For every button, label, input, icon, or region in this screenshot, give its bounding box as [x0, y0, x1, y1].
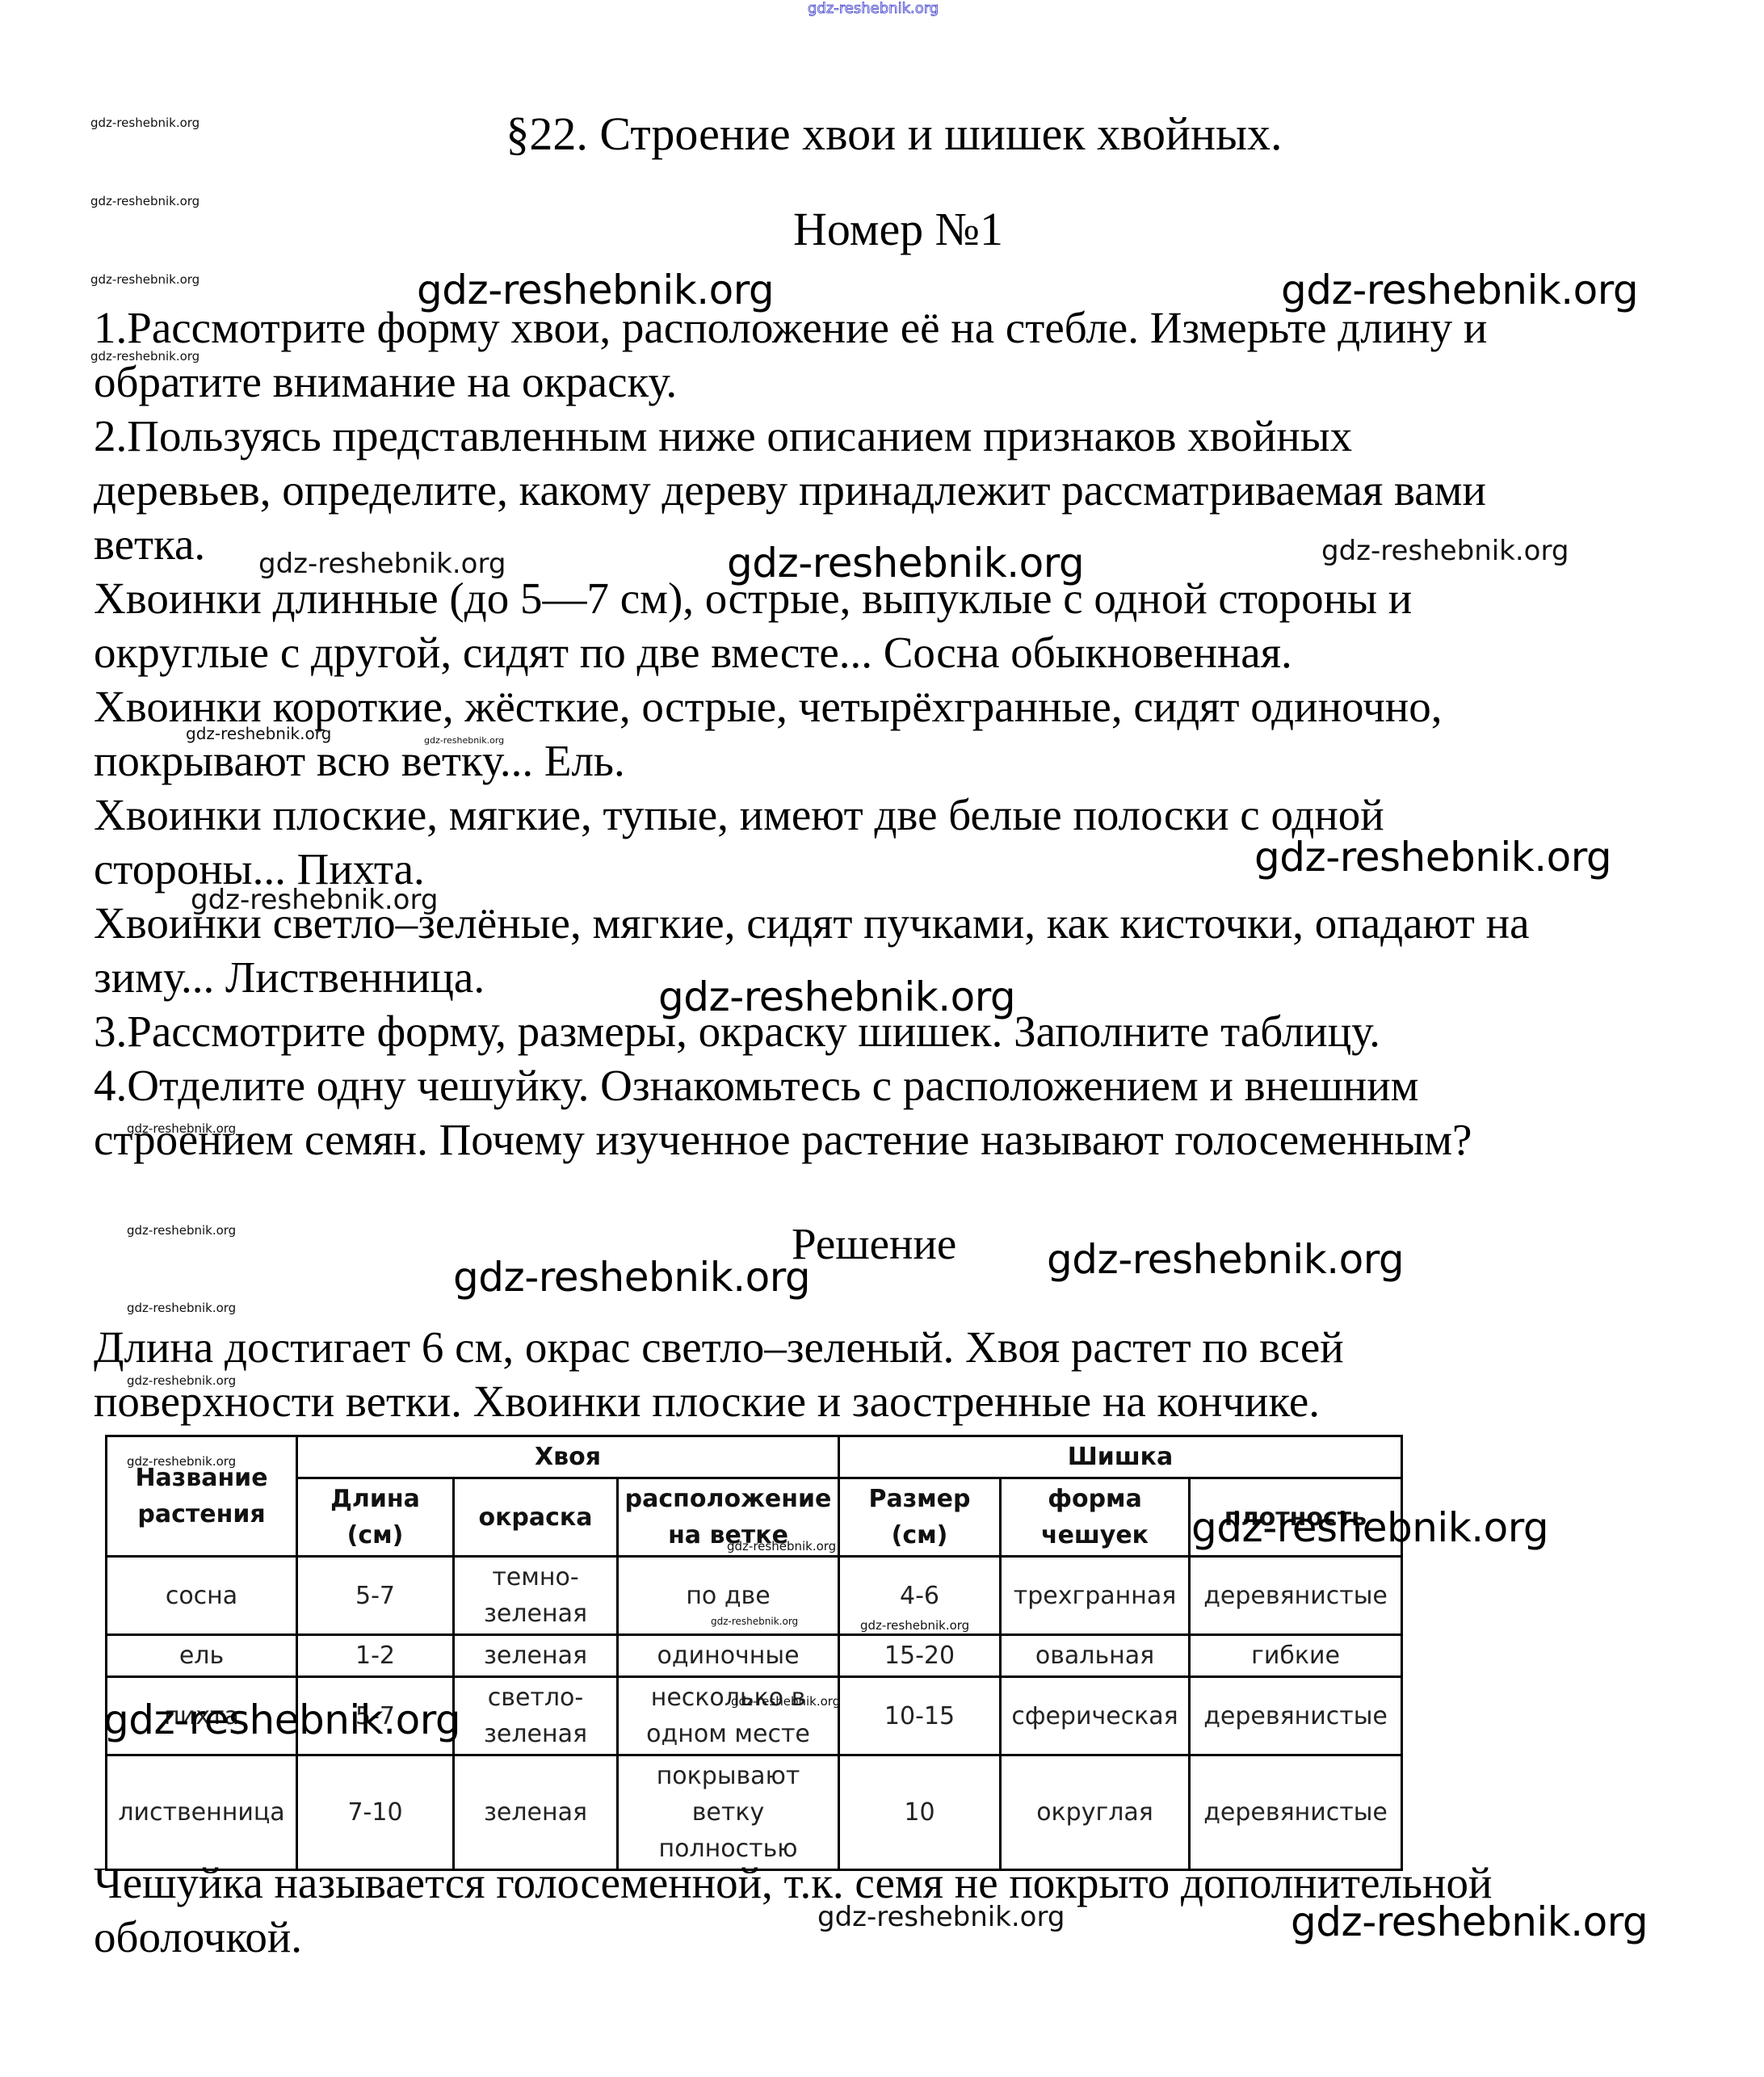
cell: деревянистые [1190, 1557, 1402, 1635]
watermark: gdz-reshebnik.org [127, 1301, 236, 1315]
cell: округлая [1001, 1755, 1190, 1870]
table-header-row: Название растения Хвоя Шишка [107, 1436, 1402, 1478]
solution-conclusion: Чешуйка называется голосеменной, т.к. се… [94, 1856, 1492, 1964]
watermark: gdz-reshebnik.org [191, 884, 438, 916]
task-line: деревьев, определите, какому дереву прин… [94, 463, 1530, 517]
cell: сферическая [1001, 1677, 1190, 1755]
solution-intro-line: поверхности ветки. Хвоинки плоские и зао… [94, 1374, 1344, 1428]
cell: гибкие [1190, 1635, 1402, 1677]
task-line: 4.Отделите одну чешуйку. Ознакомьтесь с … [94, 1058, 1530, 1112]
header-cone-group: Шишка [839, 1436, 1402, 1478]
watermark: gdz-reshebnik.org [1254, 834, 1611, 881]
cell: трехгранная [1001, 1557, 1190, 1635]
header-scale-shape: форма чешуек [1001, 1478, 1190, 1557]
cell: зеленая [454, 1635, 618, 1677]
task-line: 2.Пользуясь представленным ниже описание… [94, 409, 1530, 463]
watermark: gdz-reshebnik.org [711, 1616, 798, 1627]
cell: деревянистые [1190, 1755, 1402, 1870]
solution-intro-line: Длина достигает 6 см, окрас светло‒зелен… [94, 1320, 1344, 1374]
solution-heading: Решение [792, 1218, 956, 1269]
watermark: gdz-reshebnik.org [860, 1618, 969, 1633]
watermark: gdz-reshebnik.org [127, 1121, 236, 1136]
cell: темно-зеленая [454, 1557, 618, 1635]
task-line: 1.Рассмотрите форму хвои, расположение е… [94, 301, 1530, 355]
header-cone-size: Размер (см) [839, 1478, 1001, 1557]
watermark: gdz-reshebnik.org [103, 1696, 460, 1743]
watermark: gdz-reshebnik.org [658, 973, 1015, 1020]
cell: 7-10 [297, 1755, 454, 1870]
watermark: gdz-reshebnik.org [127, 1223, 236, 1238]
watermark: gdz-reshebnik.org [424, 735, 504, 746]
cell: 1-2 [297, 1635, 454, 1677]
cell: ель [107, 1635, 297, 1677]
header-needles-group: Хвоя [297, 1436, 839, 1478]
cell: 15-20 [839, 1635, 1001, 1677]
cell: несколько в одном месте [618, 1677, 839, 1755]
watermark: gdz-reshebnik.org [817, 1901, 1065, 1933]
task-line: округлые с другой, сидят по две вместе..… [94, 625, 1530, 679]
table-row: ель 1-2 зеленая одиночные 15-20 овальная… [107, 1635, 1402, 1677]
cell: сосна [107, 1557, 297, 1635]
watermark: gdz-reshebnik.org [453, 1254, 810, 1301]
watermark: gdz-reshebnik.org [186, 724, 331, 743]
cell: 10-15 [839, 1677, 1001, 1755]
task-line: обратите внимание на окраску. [94, 355, 1530, 409]
watermark: gdz-reshebnik.org [127, 1373, 236, 1388]
cell: деревянистые [1190, 1677, 1402, 1755]
solution-intro: Длина достигает 6 см, окрас светло‒зелен… [94, 1320, 1344, 1428]
conclusion-line: Чешуйка называется голосеменной, т.к. се… [94, 1856, 1492, 1910]
cell: светло-зеленая [454, 1677, 618, 1755]
cell: 5-7 [297, 1557, 454, 1635]
cell: зеленая [454, 1755, 618, 1870]
page-title: §22. Строение хвои и шишек хвойных. [0, 107, 1764, 161]
watermark: gdz-reshebnik.org [1047, 1236, 1404, 1283]
table-row: лиственница 7-10 зеленая покрывают ветку… [107, 1755, 1402, 1870]
watermark-top: gdz-reshebnik.org [808, 0, 939, 17]
conclusion-line: оболочкой. [94, 1910, 1492, 1964]
watermark: gdz-reshebnik.org [731, 1694, 840, 1709]
watermark: gdz-reshebnik.org [727, 540, 1084, 587]
conifer-comparison-table: Название растения Хвоя Шишка Длина (см) … [105, 1435, 1401, 1847]
header-needle-length: Длина (см) [297, 1478, 454, 1557]
watermark: gdz-reshebnik.org [90, 272, 199, 287]
task-number: Номер №1 [0, 202, 1764, 256]
cell: овальная [1001, 1635, 1190, 1677]
watermark: gdz-reshebnik.org [127, 1454, 236, 1469]
cell: 10 [839, 1755, 1001, 1870]
watermark: gdz-reshebnik.org [727, 1539, 836, 1554]
cell: одиночные [618, 1635, 839, 1677]
header-needle-color: окраска [454, 1478, 618, 1557]
watermark: gdz-reshebnik.org [1321, 535, 1569, 567]
watermark: gdz-reshebnik.org [1291, 1898, 1648, 1945]
watermark: gdz-reshebnik.org [1191, 1504, 1548, 1551]
task-line: строением семян. Почему изученное растен… [94, 1112, 1530, 1167]
cell: покрывают ветку полностью [618, 1755, 839, 1870]
watermark: gdz-reshebnik.org [258, 548, 506, 580]
cell: лиственница [107, 1755, 297, 1870]
